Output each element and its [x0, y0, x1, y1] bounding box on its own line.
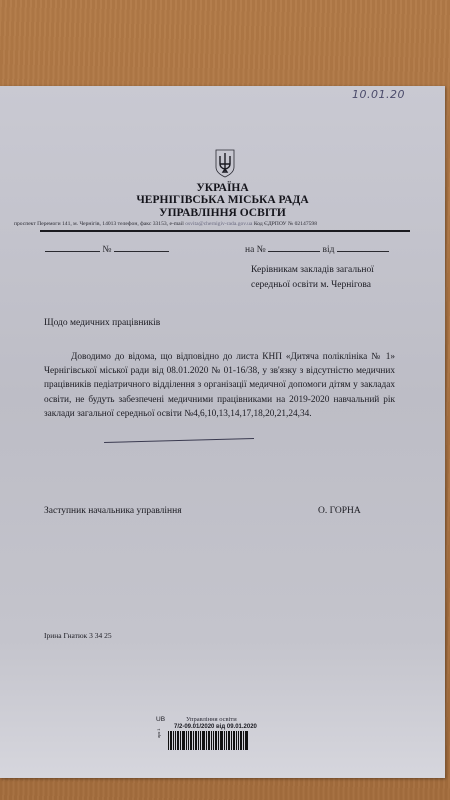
outgoing-date-blank [45, 242, 100, 252]
outgoing-number-blank [114, 242, 169, 252]
reply-number-blank [268, 242, 320, 252]
barcode [168, 731, 248, 750]
letter-body: Доводимо до відома, що відповідно до лис… [44, 350, 395, 421]
outgoing-registration: № [45, 242, 169, 255]
letter-page: 10.01.20 УКРАЇНА ЧЕРНІГІВСЬКА МІСЬКА РАД… [0, 86, 445, 778]
addressee-line-1: Керівникам закладів загальної [251, 263, 374, 278]
trident-icon [213, 148, 237, 178]
signer-title: Заступник начальника управління [44, 506, 182, 516]
header-divider [40, 230, 410, 232]
addressee-block: Керівникам закладів загальної середньої … [251, 263, 374, 293]
reply-date-label: від [323, 245, 335, 255]
contacts-email: osvita@chernigiv-rada.gov.ua [185, 221, 252, 227]
incoming-reference: на № від [245, 242, 389, 255]
stamp-organization: Управління освіти [186, 716, 237, 723]
number-label: № [102, 245, 111, 255]
header-department: УПРАВЛІННЯ ОСВІТИ [0, 207, 445, 219]
stamp-code: UB [156, 716, 165, 723]
executor-contact: Ірина Гнатюк 3 34 25 [44, 631, 112, 640]
subject-line: Щодо медичних працівників [44, 318, 160, 328]
stamp-registration: 7/2-09.01/2020 від 09.01.2020 [174, 724, 257, 730]
addressee-line-2: середньої освіти м. Чернігова [251, 278, 374, 293]
handwritten-underline [104, 436, 254, 443]
body-paragraph: Доводимо до відома, що відповідно до лис… [44, 350, 395, 421]
handwritten-date: 10.01.20 [352, 88, 405, 101]
header-country: УКРАЇНА [0, 182, 445, 194]
contacts-code: Код ЄДРПОУ № 02147598 [254, 221, 317, 227]
contacts-address: проспект Перемоги 141, м. Чернігів, 1401… [14, 221, 184, 227]
signer-name: О. ГОРНА [318, 506, 361, 516]
header-council: ЧЕРНІГІВСЬКА МІСЬКА РАДА [0, 194, 445, 206]
stamp-side-label: арк 1 [156, 728, 161, 738]
reply-number-label: на № [245, 245, 266, 255]
reply-date-blank [337, 242, 389, 252]
contacts-line: проспект Перемоги 141, м. Чернігів, 1401… [14, 221, 429, 227]
